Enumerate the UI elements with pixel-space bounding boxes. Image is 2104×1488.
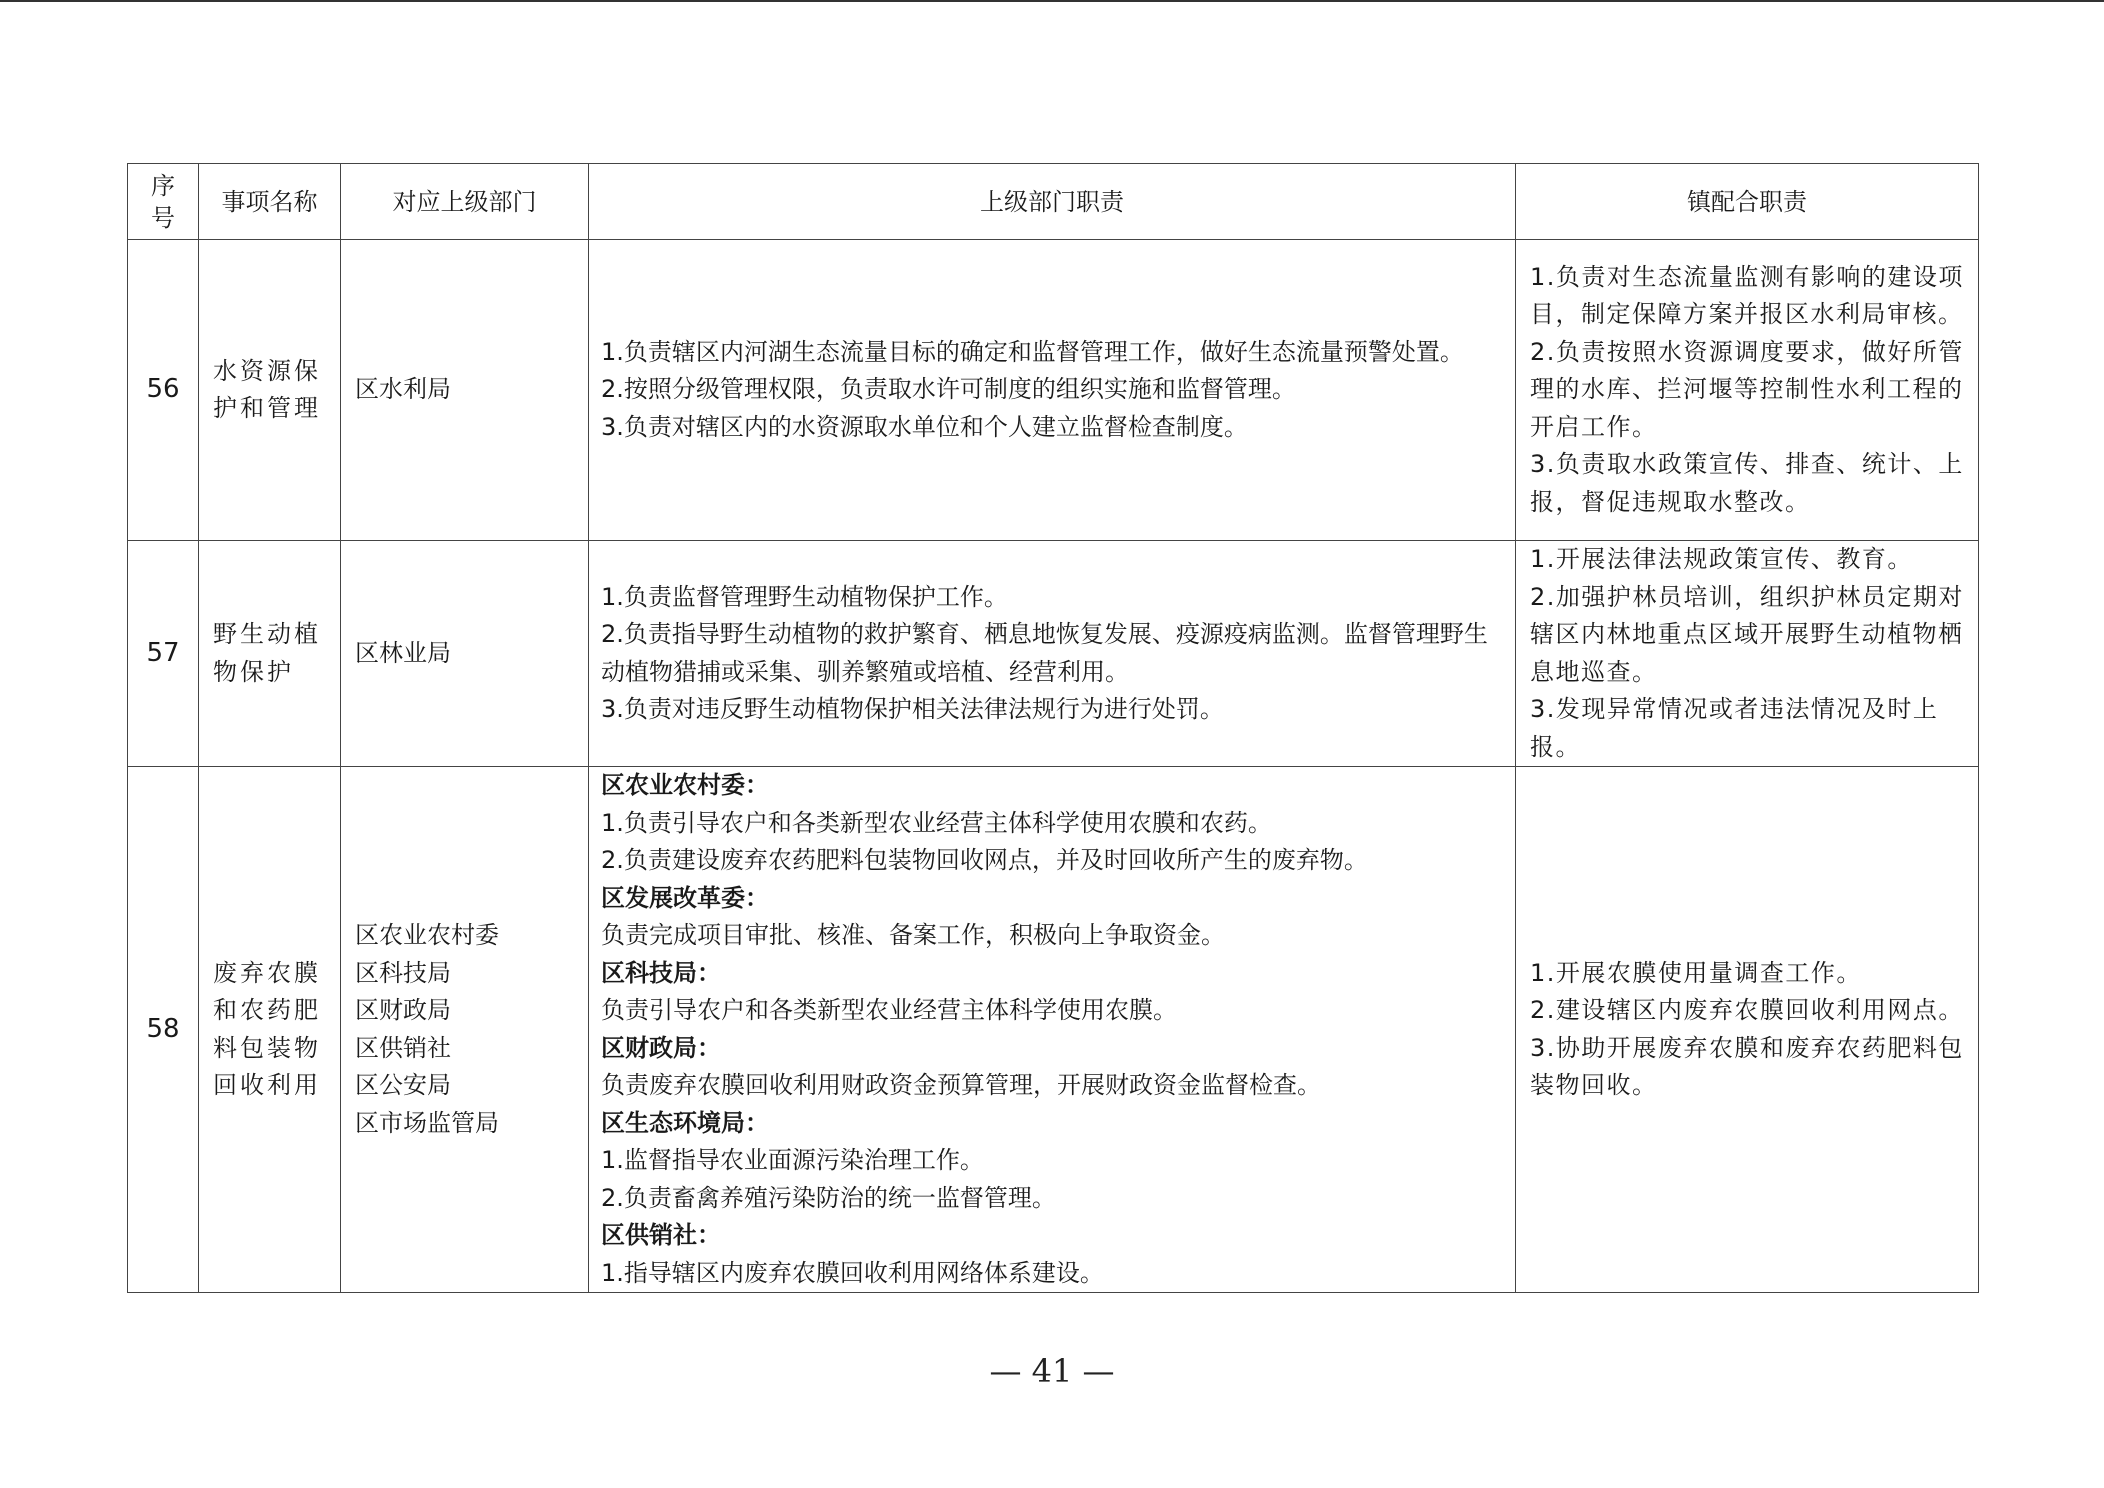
duty-line: 3.负责对违反野生动植物保护相关法律法规行为进行处罚。 [601, 691, 1503, 729]
superior-dept-cell: 区农业农村委 区科技局 区财政局 区供销社 区公安局 区市场监管局 [341, 767, 589, 1293]
duty-line: 2.负责指导野生动植物的救护繁育、栖息地恢复发展、疫源疫病监测。监督管理野生动植… [601, 616, 1503, 691]
header-superior-dept: 对应上级部门 [341, 164, 589, 240]
dept-subheading: 区生态环境局： [601, 1105, 1503, 1143]
dept-name: 区科技局 [355, 955, 576, 993]
item-name-cell: 水资源保 护和管理 [199, 240, 341, 541]
duty-line: 1.监督指导农业面源污染治理工作。 [601, 1142, 1503, 1180]
dept-name: 区市场监管局 [355, 1105, 576, 1143]
town-duty-cell: 1.负责对生态流量监测有影响的建设项目，制定保障方案并报区水利局审核。 2.负责… [1516, 240, 1979, 541]
dept-name: 区水利局 [355, 371, 576, 409]
seq-cell: 57 [128, 541, 199, 767]
table-row: 57 野生动植 物保护 区林业局 1.负责监督管理野生动植物保护工作。 2.负责… [128, 541, 1979, 767]
seq-cell: 58 [128, 767, 199, 1293]
town-duty-line: 2.负责按照水资源调度要求，做好所管理的水库、拦河堰等控制性水利工程的开启工作。 [1530, 334, 1968, 447]
table-row: 58 废弃农膜 和农药肥 料包装物 回收利用 区农业农村委 区科技局 区财政局 … [128, 767, 1979, 1293]
town-duty-line: 3.负责取水政策宣传、排查、统计、上报，督促违规取水整改。 [1530, 446, 1968, 521]
seq-cell: 56 [128, 240, 199, 541]
town-duty-line: 2.加强护林员培训，组织护林员定期对辖区内林地重点区域开展野生动植物栖息地巡查。 [1530, 579, 1968, 692]
duty-table: 序 号 事项名称 对应上级部门 上级部门职责 镇配合职责 56 水资源保 护和管… [127, 163, 1979, 1293]
town-duty-line: 1.开展农膜使用量调查工作。 [1530, 955, 1968, 993]
town-duty-line: 1.负责对生态流量监测有影响的建设项目，制定保障方案并报区水利局审核。 [1530, 259, 1968, 334]
duty-line: 2.负责畜禽养殖污染防治的统一监督管理。 [601, 1180, 1503, 1218]
item-name-line: 护和管理 [213, 390, 330, 428]
town-duty-line: 3.协助开展废弃农膜和废弃农药肥料包装物回收。 [1530, 1030, 1968, 1105]
dept-subheading: 区供销社： [601, 1217, 1503, 1255]
duty-line: 2.负责建设废弃农药肥料包装物回收网点，并及时回收所产生的废弃物。 [601, 842, 1503, 880]
item-name-cell: 废弃农膜 和农药肥 料包装物 回收利用 [199, 767, 341, 1293]
duty-line: 1.指导辖区内废弃农膜回收利用网络体系建设。 [601, 1255, 1503, 1293]
town-duty-line: 3.发现异常情况或者违法情况及时上报。 [1530, 691, 1968, 766]
header-item-name: 事项名称 [199, 164, 341, 240]
superior-duty-cell: 1.负责监督管理野生动植物保护工作。 2.负责指导野生动植物的救护繁育、栖息地恢… [589, 541, 1516, 767]
header-superior-duty: 上级部门职责 [589, 164, 1516, 240]
item-name-line: 物保护 [213, 654, 330, 692]
superior-duty-cell: 区农业农村委： 1.负责引导农户和各类新型农业经营主体科学使用农膜和农药。 2.… [589, 767, 1516, 1293]
superior-dept-cell: 区水利局 [341, 240, 589, 541]
duty-line: 1.负责引导农户和各类新型农业经营主体科学使用农膜和农药。 [601, 805, 1503, 843]
dept-name: 区供销社 [355, 1030, 576, 1068]
table-header-row: 序 号 事项名称 对应上级部门 上级部门职责 镇配合职责 [128, 164, 1979, 240]
item-name-line: 料包装物 [213, 1030, 330, 1068]
duty-line: 2.按照分级管理权限，负责取水许可制度的组织实施和监督管理。 [601, 371, 1503, 409]
dept-name: 区财政局 [355, 992, 576, 1030]
item-name-line: 废弃农膜 [213, 955, 330, 993]
top-border-rule [0, 0, 2104, 2]
town-duty-line: 1.开展法律法规政策宣传、教育。 [1530, 541, 1968, 579]
item-name-line: 野生动植 [213, 616, 330, 654]
duty-line: 负责废弃农膜回收利用财政资金预算管理，开展财政资金监督检查。 [601, 1067, 1503, 1105]
duty-line: 负责完成项目审批、核准、备案工作，积极向上争取资金。 [601, 917, 1503, 955]
dept-subheading: 区财政局： [601, 1030, 1503, 1068]
duty-line: 1.负责监督管理野生动植物保护工作。 [601, 579, 1503, 617]
dept-subheading: 区科技局： [601, 955, 1503, 993]
item-name-line: 水资源保 [213, 353, 330, 391]
page-number: — 41 — [0, 1352, 2104, 1390]
town-duty-line: 2.建设辖区内废弃农膜回收利用网点。 [1530, 992, 1968, 1030]
town-duty-cell: 1.开展法律法规政策宣传、教育。 2.加强护林员培训，组织护林员定期对辖区内林地… [1516, 541, 1979, 767]
town-duty-cell: 1.开展农膜使用量调查工作。 2.建设辖区内废弃农膜回收利用网点。 3.协助开展… [1516, 767, 1979, 1293]
dept-name: 区农业农村委 [355, 917, 576, 955]
dept-subheading: 区发展改革委： [601, 880, 1503, 918]
header-seq-line: 号 [128, 202, 198, 234]
duty-line: 1.负责辖区内河湖生态流量目标的确定和监督管理工作，做好生态流量预警处置。 [601, 334, 1503, 372]
superior-duty-cell: 1.负责辖区内河湖生态流量目标的确定和监督管理工作，做好生态流量预警处置。 2.… [589, 240, 1516, 541]
item-name-line: 回收利用 [213, 1067, 330, 1105]
header-seq: 序 号 [128, 164, 199, 240]
item-name-line: 和农药肥 [213, 992, 330, 1030]
duty-line: 负责引导农户和各类新型农业经营主体科学使用农膜。 [601, 992, 1503, 1030]
dept-name: 区林业局 [355, 635, 576, 673]
dept-subheading: 区农业农村委： [601, 767, 1503, 805]
table-row: 56 水资源保 护和管理 区水利局 1.负责辖区内河湖生态流量目标的确定和监督管… [128, 240, 1979, 541]
header-town-duty: 镇配合职责 [1516, 164, 1979, 240]
duty-line: 3.负责对辖区内的水资源取水单位和个人建立监督检查制度。 [601, 409, 1503, 447]
superior-dept-cell: 区林业局 [341, 541, 589, 767]
item-name-cell: 野生动植 物保护 [199, 541, 341, 767]
header-seq-line: 序 [128, 170, 198, 202]
dept-name: 区公安局 [355, 1067, 576, 1105]
